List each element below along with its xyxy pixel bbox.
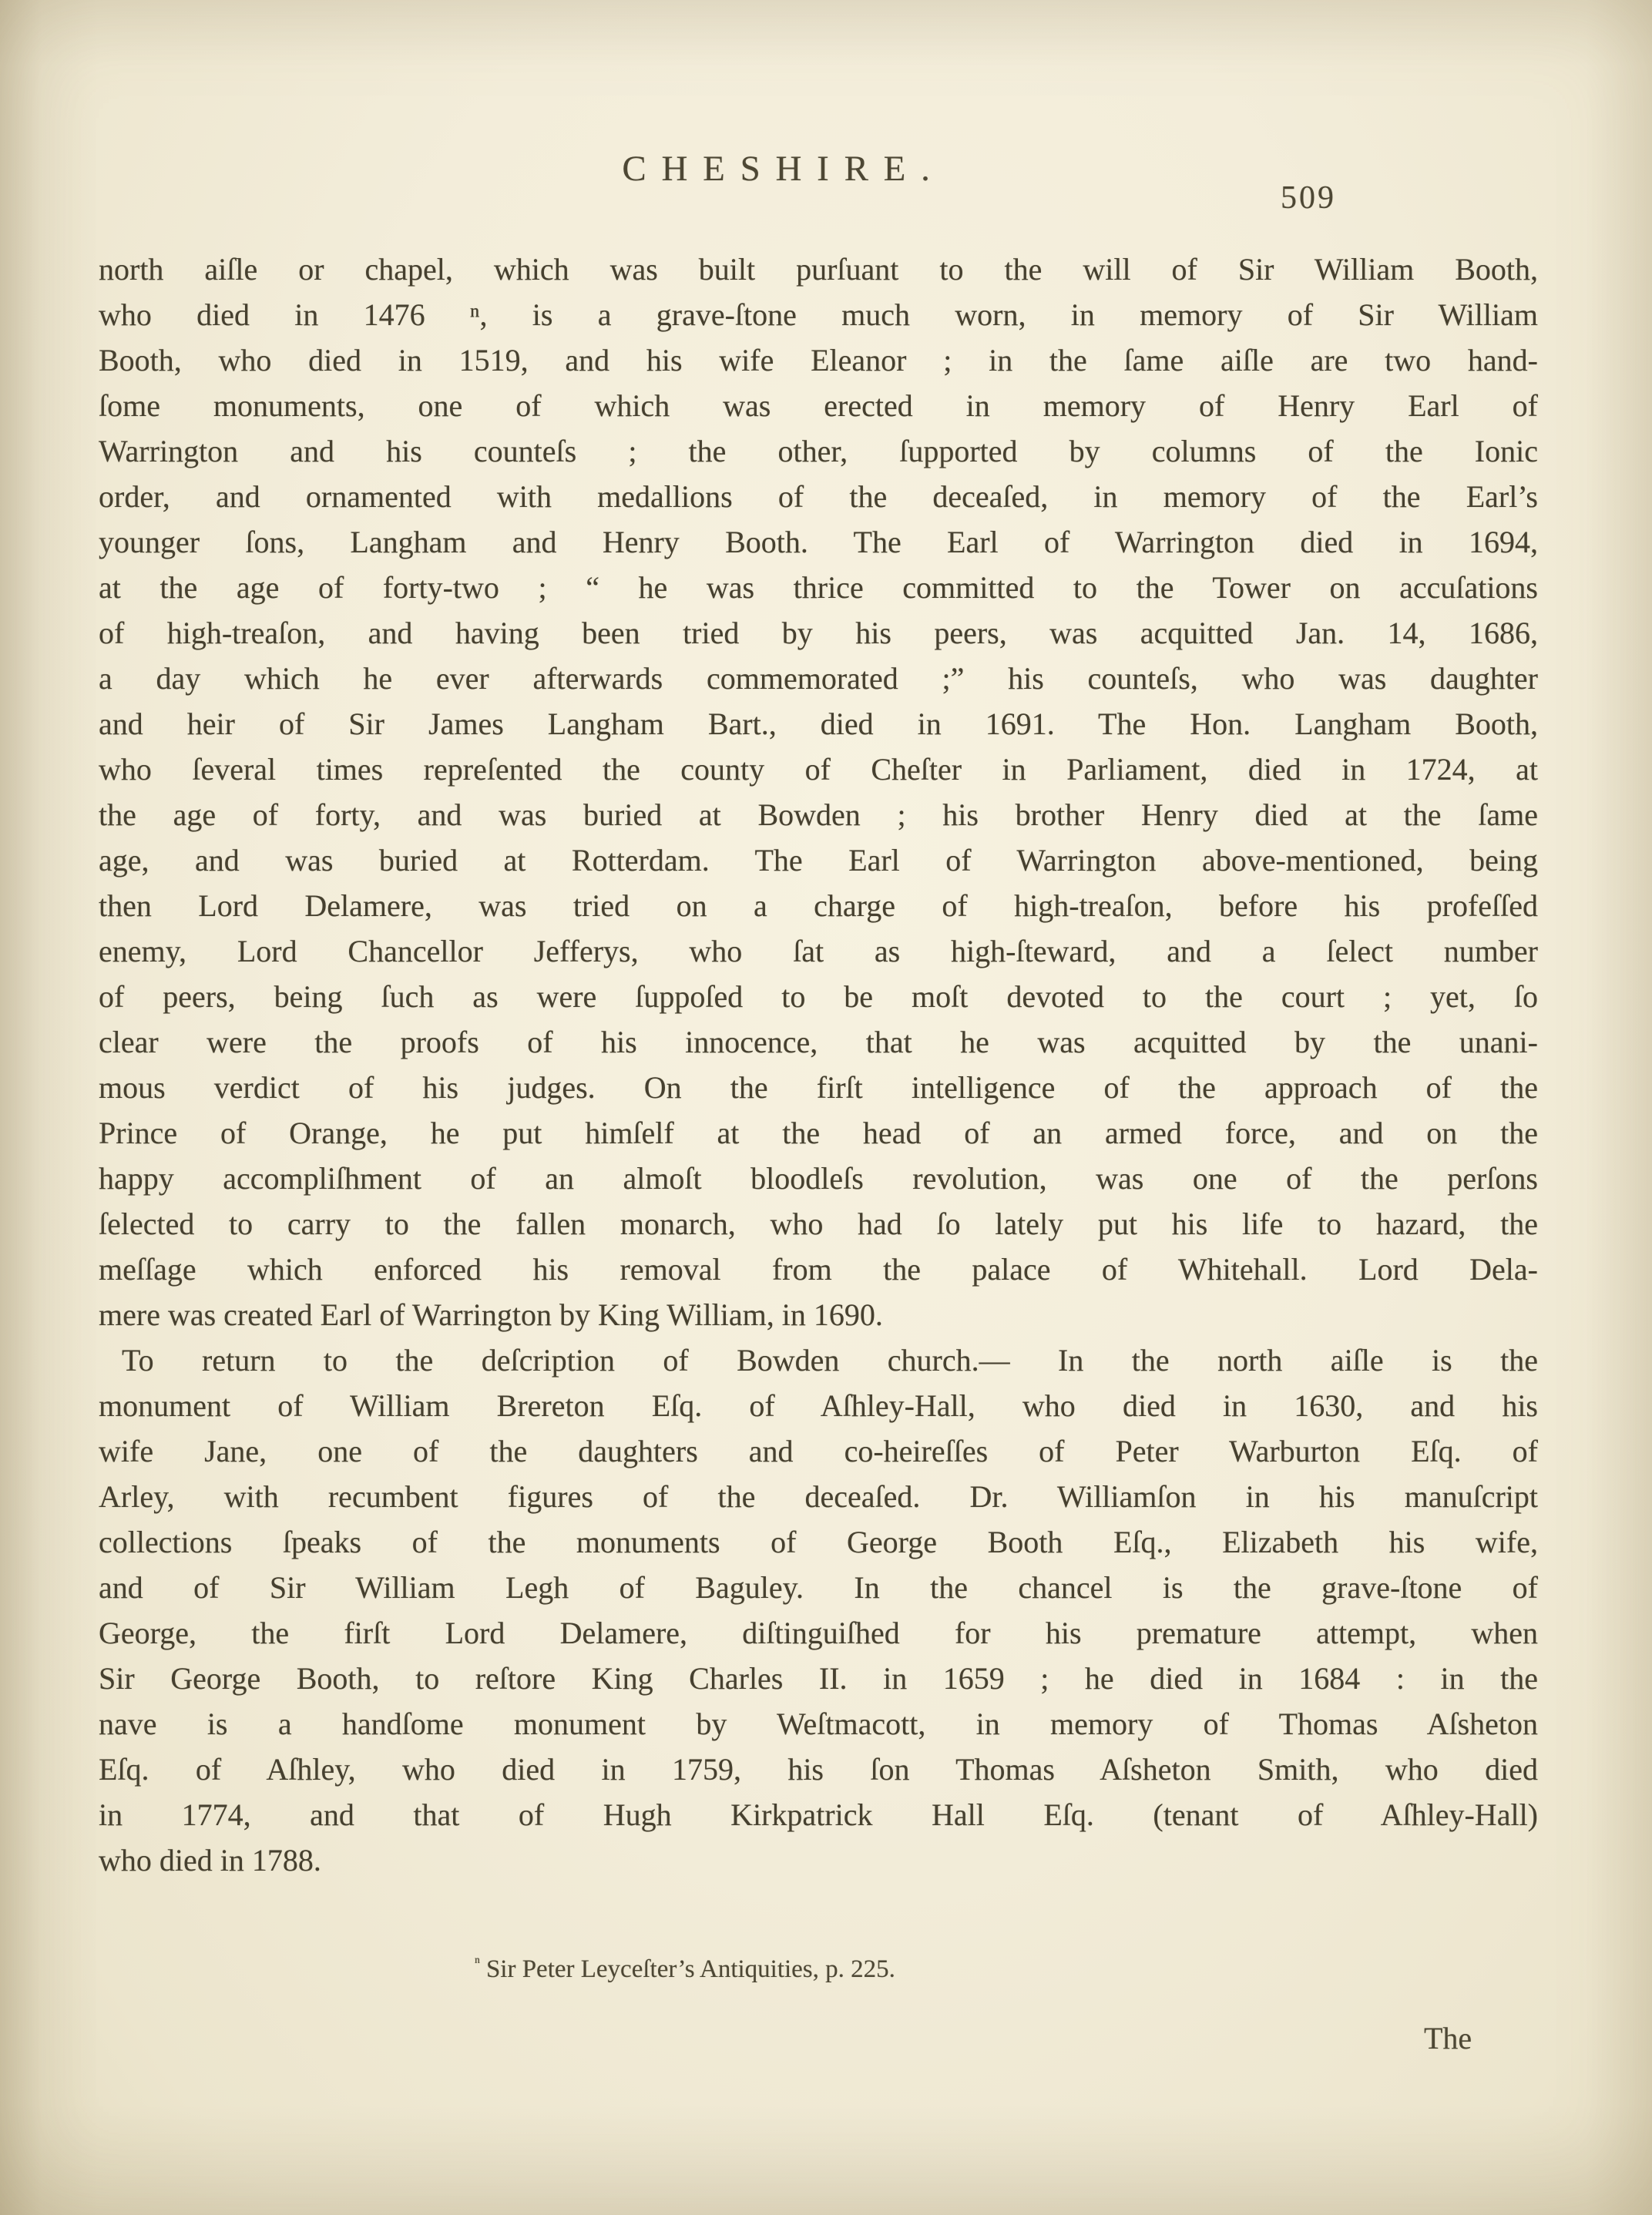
- running-head: CHESHIRE. 509: [0, 0, 1652, 231]
- text-line: Sir George Booth, to reſtore King Charle…: [99, 1656, 1538, 1701]
- footnote: ⁿSir Peter Leyceſter’s Antiquities, p. 2…: [475, 1952, 895, 1984]
- page-header-title: CHESHIRE.: [0, 148, 1610, 190]
- text-line: nave is a handſome monument by Weſtmacot…: [99, 1701, 1538, 1747]
- text-line: at the age of forty-two ; “ he was thric…: [99, 565, 1538, 610]
- text-line: and heir of Sir James Langham Bart., die…: [99, 701, 1538, 747]
- text-line: George, the firſt Lord Delamere, diſting…: [99, 1610, 1538, 1656]
- text-line: Prince of Orange, he put himſelf at the …: [99, 1110, 1538, 1156]
- catchword: The: [1424, 2020, 1472, 2056]
- text-line: age, and was buried at Rotterdam. The Ea…: [99, 837, 1538, 883]
- text-line: Arley, with recumbent figures of the dec…: [99, 1474, 1538, 1519]
- text-line: Warrington and his counteſs ; the other,…: [99, 428, 1538, 474]
- text-line: who ſeveral times repreſented the county…: [99, 747, 1538, 792]
- text-line: who died in 1476 ⁿ, is a grave-ſtone muc…: [99, 292, 1538, 337]
- text-line: enemy, Lord Chancellor Jefferys, who ſat…: [99, 928, 1538, 974]
- text-line: of high-treaſon, and having been tried b…: [99, 610, 1538, 656]
- text-line: who died in 1788.: [99, 1837, 1538, 1883]
- text-line: mere was created Earl of Warrington by K…: [99, 1292, 1538, 1337]
- text-line: ſome monuments, one of which was erected…: [99, 383, 1538, 428]
- footnote-text: Sir Peter Leyceſter’s Antiquities, p. 22…: [486, 1955, 895, 1983]
- text-line: north aiſle or chapel, which was built p…: [99, 247, 1538, 292]
- text-line: ſelected to carry to the fallen monarch,…: [99, 1201, 1538, 1247]
- text-line: in 1774, and that of Hugh Kirkpatrick Ha…: [99, 1792, 1538, 1837]
- paragraph-2: To return to the deſcription of Bowden c…: [99, 1337, 1538, 1883]
- book-page: CHESHIRE. 509 north aiſle or chapel, whi…: [0, 0, 1652, 2215]
- text-line: then Lord Delamere, was tried on a charg…: [99, 883, 1538, 928]
- text-line: Eſq. of Aſhley, who died in 1759, his ſo…: [99, 1747, 1538, 1792]
- text-line: To return to the deſcription of Bowden c…: [99, 1337, 1538, 1383]
- page-number: 509: [1281, 180, 1336, 216]
- text-line: meſſage which enforced his removal from …: [99, 1247, 1538, 1292]
- text-line: order, and ornamented with medallions of…: [99, 474, 1538, 519]
- text-line: clear were the proofs of his innocence, …: [99, 1019, 1538, 1065]
- text-line: happy accompliſhment of an almoſt bloodl…: [99, 1156, 1538, 1201]
- text-line: Booth, who died in 1519, and his wife El…: [99, 337, 1538, 383]
- text-line: collections ſpeaks of the monuments of G…: [99, 1519, 1538, 1565]
- text-line: monument of William Brereton Eſq. of Aſh…: [99, 1383, 1538, 1428]
- text-line: the age of forty, and was buried at Bowd…: [99, 792, 1538, 837]
- footnote-marker: ⁿ: [475, 1952, 480, 1972]
- text-line: mous verdict of his judges. On the firſt…: [99, 1065, 1538, 1110]
- text-line: of peers, being ſuch as were ſuppoſed to…: [99, 974, 1538, 1019]
- paragraph-1: north aiſle or chapel, which was built p…: [99, 247, 1538, 1337]
- text-line: wife Jane, one of the daughters and co-h…: [99, 1428, 1538, 1474]
- text-line: younger ſons, Langham and Henry Booth. T…: [99, 519, 1538, 565]
- text-line: and of Sir William Legh of Baguley. In t…: [99, 1565, 1538, 1610]
- text-line: a day which he ever afterwards commemora…: [99, 656, 1538, 701]
- body-text: north aiſle or chapel, which was built p…: [99, 247, 1538, 1883]
